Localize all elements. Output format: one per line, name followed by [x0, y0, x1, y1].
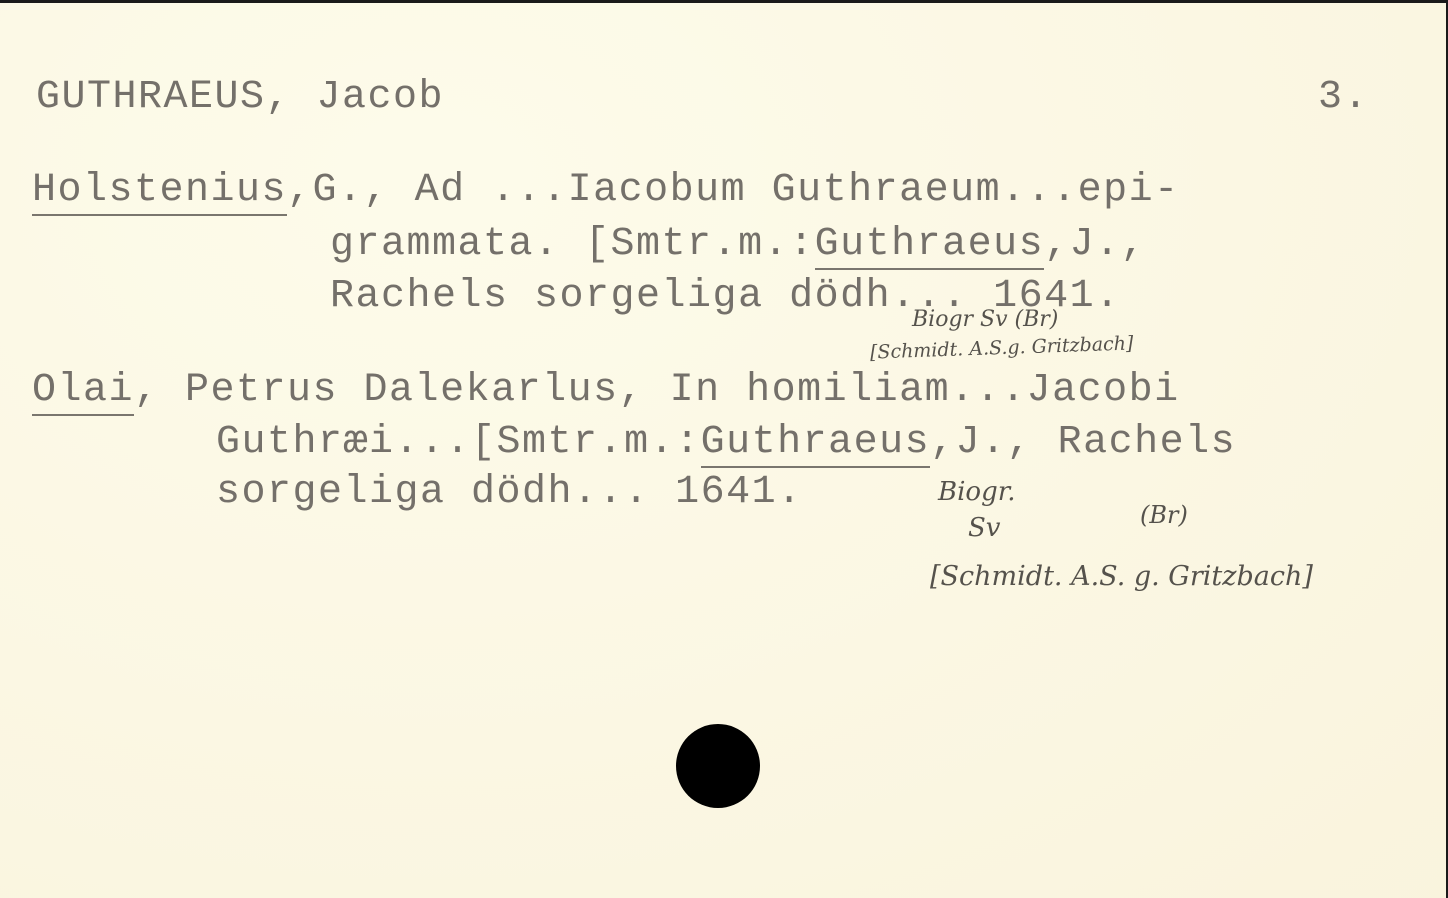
entry2-line2-text: Guthræi...[Smtr.m.: — [216, 420, 701, 465]
entry1-line1: Holstenius,G., Ad ...Iacobum Guthraeum..… — [32, 171, 1180, 211]
entry2-handwritten-note2: [Schmidt. A.S. g. Gritzbach] — [930, 563, 1313, 590]
entry1-line1-text: ,G., Ad ...Iacobum Guthraeum...epi- — [287, 168, 1180, 213]
entry2-line1: Olai, Petrus Dalekarlus, In homiliam...J… — [32, 371, 1180, 411]
entry2-reference: Guthraeus — [701, 420, 931, 468]
entry1-line2: grammata. [Smtr.m.:Guthraeus,J., — [330, 225, 1146, 265]
entry1-handwritten-note2: [Schmidt. A.S.g. Gritzbach] — [870, 334, 1134, 362]
punch-hole-icon — [676, 724, 760, 808]
entry1-author: Holstenius — [32, 168, 287, 216]
entry2-handwritten-br: (Br) — [1140, 503, 1188, 527]
entry2-line1-text: , Petrus Dalekarlus, In homiliam...Jacob… — [134, 368, 1180, 413]
entry2-line3: sorgeliga dödh... 1641. — [216, 473, 803, 513]
entry2-line2: Guthræi...[Smtr.m.:Guthraeus,J., Rachels — [216, 423, 1236, 463]
entry2-line2-suffix: ,J., Rachels — [930, 420, 1236, 465]
entry2-handwritten-biogr: Biogr. — [938, 479, 1016, 505]
catalog-card: GUTHRAEUS, Jacob 3. Holstenius,G., Ad ..… — [0, 3, 1446, 898]
entry2-author: Olai — [32, 368, 134, 416]
card-number: 3. — [1318, 78, 1369, 118]
entry1-line2-text: grammata. [Smtr.m.: — [330, 222, 815, 267]
entry1-handwritten-note1: Biogr Sv (Br) — [912, 309, 1058, 331]
card-heading: GUTHRAEUS, Jacob — [36, 78, 444, 118]
entry1-line2-suffix: ,J., — [1044, 222, 1146, 267]
entry1-reference: Guthraeus — [815, 222, 1045, 270]
entry2-handwritten-sv: Sv — [968, 515, 1001, 541]
